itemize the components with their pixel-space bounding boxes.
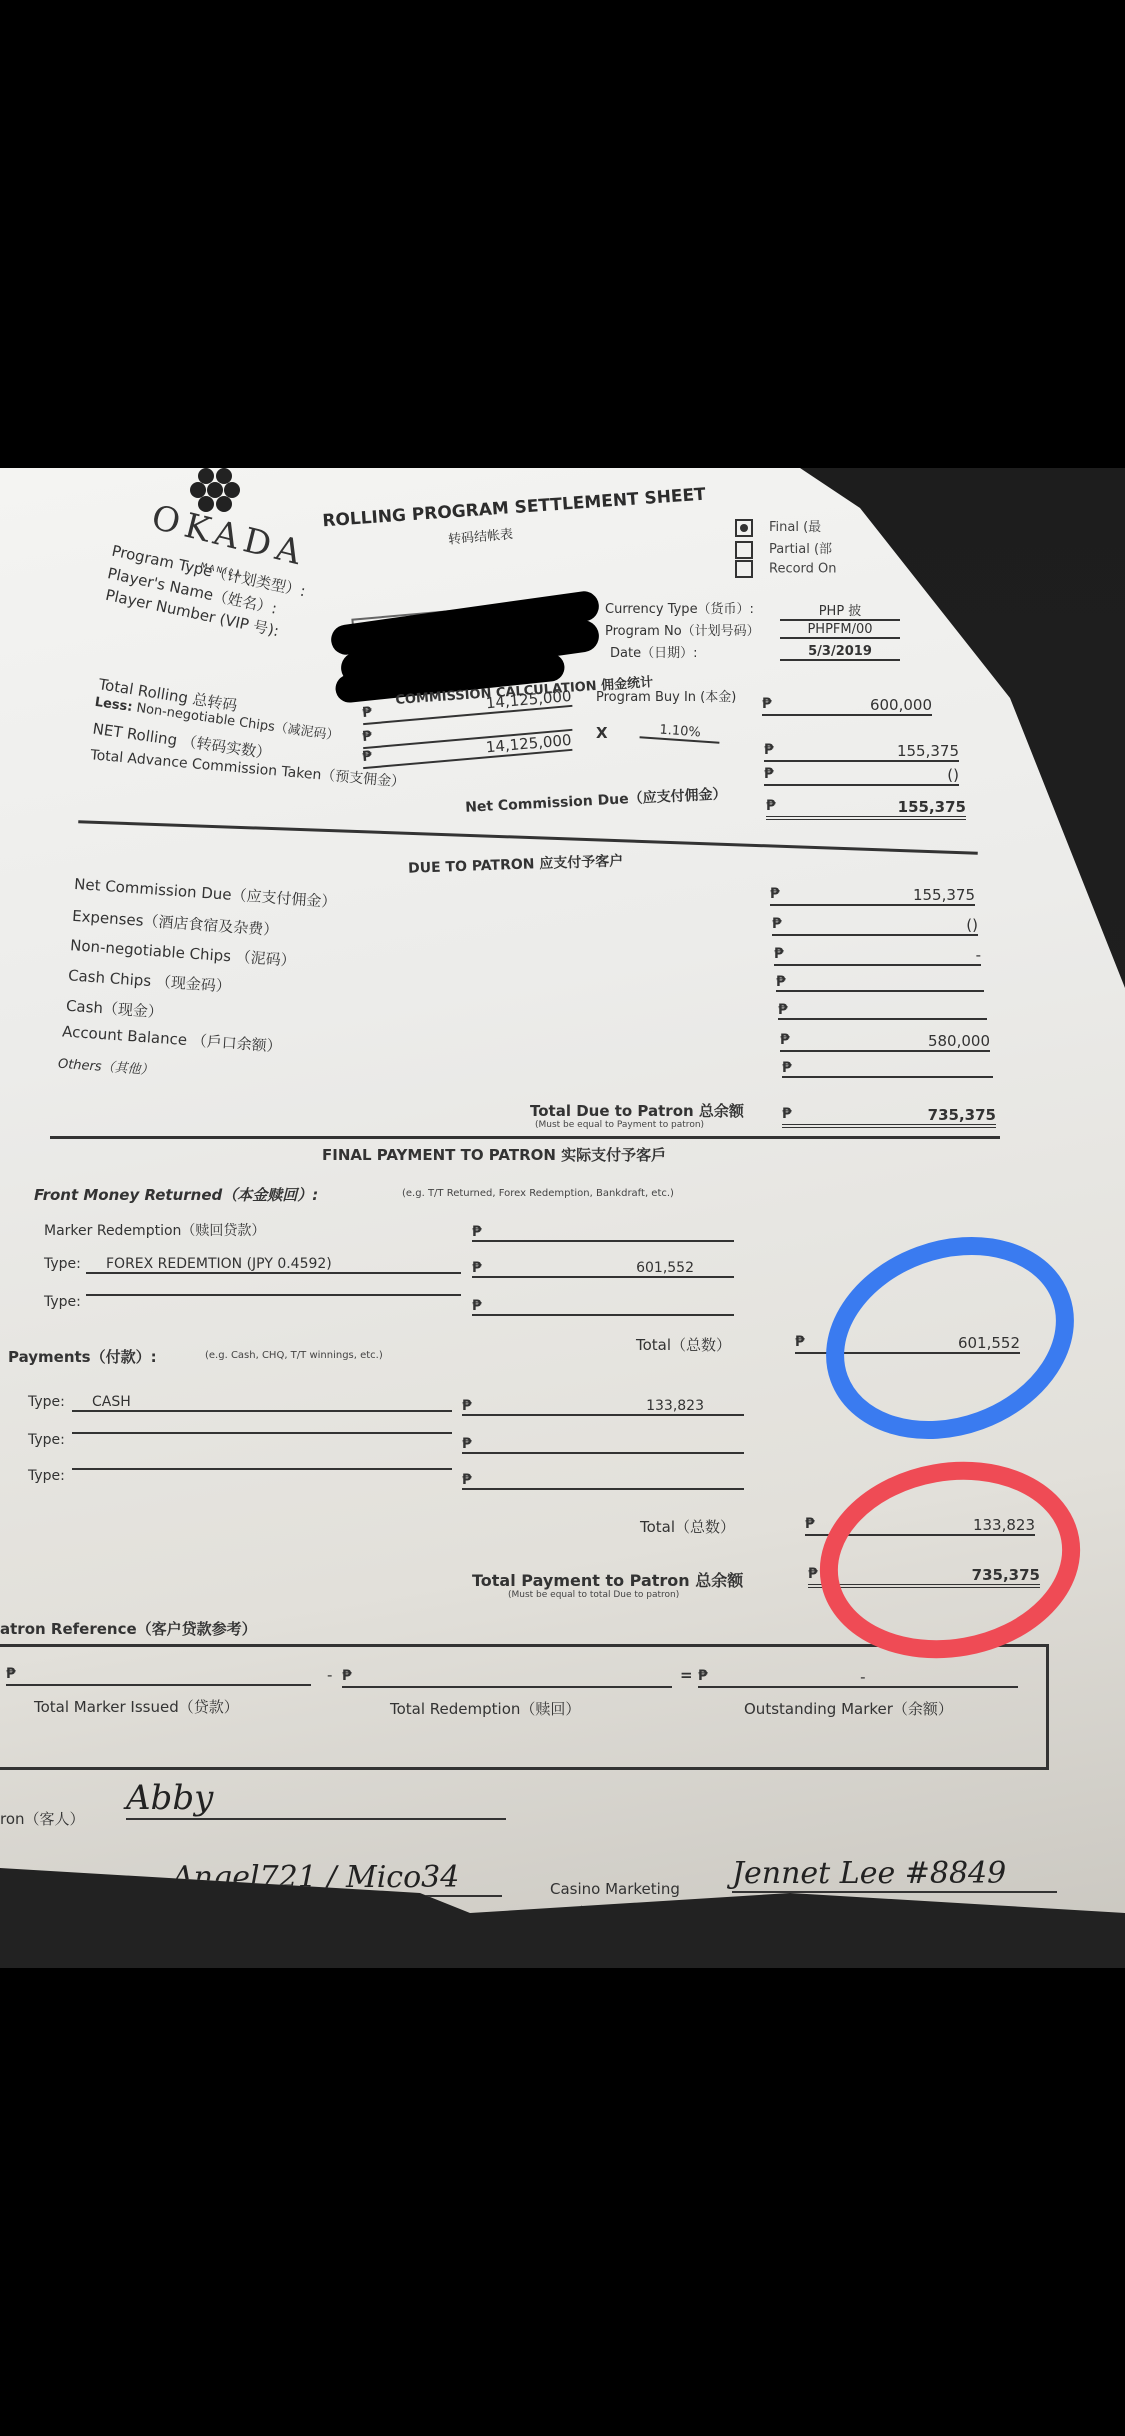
blue-circle-annotation [809, 1215, 1091, 1461]
document-photo: OKADA MANILA ROLLING PROGRAM SETTLEMENT … [0, 468, 1125, 1968]
annotation-layer [0, 468, 1125, 1968]
red-circle-annotation [815, 1452, 1086, 1668]
